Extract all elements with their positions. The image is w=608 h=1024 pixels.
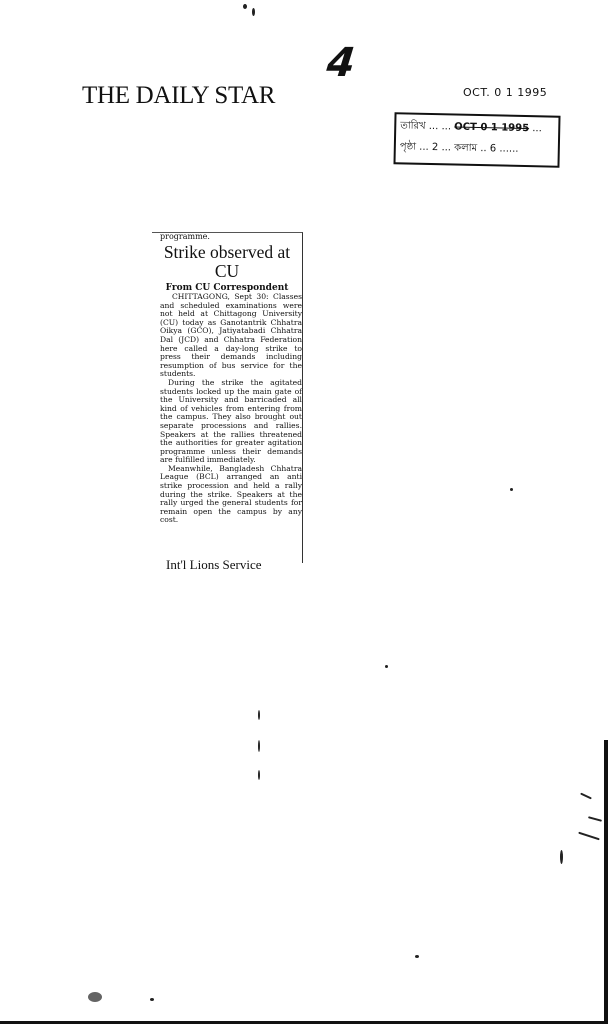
stamp-column-value: 6 [490, 143, 497, 154]
news-clipping: programme. Strike observed at CU From CU… [152, 232, 303, 563]
article-headline: Strike observed at CU [152, 243, 302, 281]
scan-speck [243, 4, 247, 9]
scan-speck [150, 998, 154, 1001]
stamp-page-value: 2 [432, 142, 439, 153]
article-paragraph: During the strike the agitated students … [160, 379, 302, 465]
stamp-date-label: তারিখ [400, 120, 426, 132]
scanned-page: 4 THE DAILY STAR OCT. 0 1 1995 তারিখ ...… [0, 0, 608, 1024]
printed-date: OCT. 0 1 1995 [463, 86, 547, 99]
article-paragraph: CHITTAGONG, Sept 30: Classes and schedul… [160, 293, 302, 379]
stamp-page-row: পৃষ্ঠা ... 2 ... কলাম .. 6 ...... [400, 139, 519, 158]
next-article-fragment: Int'l Lions Service [166, 557, 262, 569]
scan-scribble [580, 793, 592, 800]
stamp-page-label: পৃষ্ঠা [400, 141, 416, 152]
scan-speck [252, 8, 255, 16]
stamp-date-value: OCT 0 1 1995 [454, 122, 529, 135]
scan-speck [258, 710, 260, 720]
stamp-column-label: কলাম [454, 143, 477, 154]
article-body: CHITTAGONG, Sept 30: Classes and schedul… [160, 293, 302, 525]
previous-article-fragment: programme. [160, 232, 210, 241]
newspaper-masthead: THE DAILY STAR [82, 82, 275, 110]
article-paragraph: Meanwhile, Bangladesh Chhatra League (BC… [160, 465, 302, 525]
stamp-date-row: তারিখ ... ... OCT 0 1 1995 ... [400, 118, 542, 138]
handwritten-page-number: 4 [325, 40, 358, 86]
scan-scribble [578, 832, 600, 841]
scan-edge-right [604, 740, 608, 1024]
scan-speck [88, 992, 102, 1002]
archive-stamp: তারিখ ... ... OCT 0 1 1995 ... পৃষ্ঠা ..… [393, 112, 560, 167]
scan-speck [385, 665, 388, 668]
scan-speck [258, 770, 260, 780]
scan-speck [560, 850, 563, 864]
scan-speck [415, 955, 419, 958]
scan-speck [510, 488, 513, 491]
scan-scribble [588, 816, 602, 822]
scan-speck [258, 740, 260, 752]
